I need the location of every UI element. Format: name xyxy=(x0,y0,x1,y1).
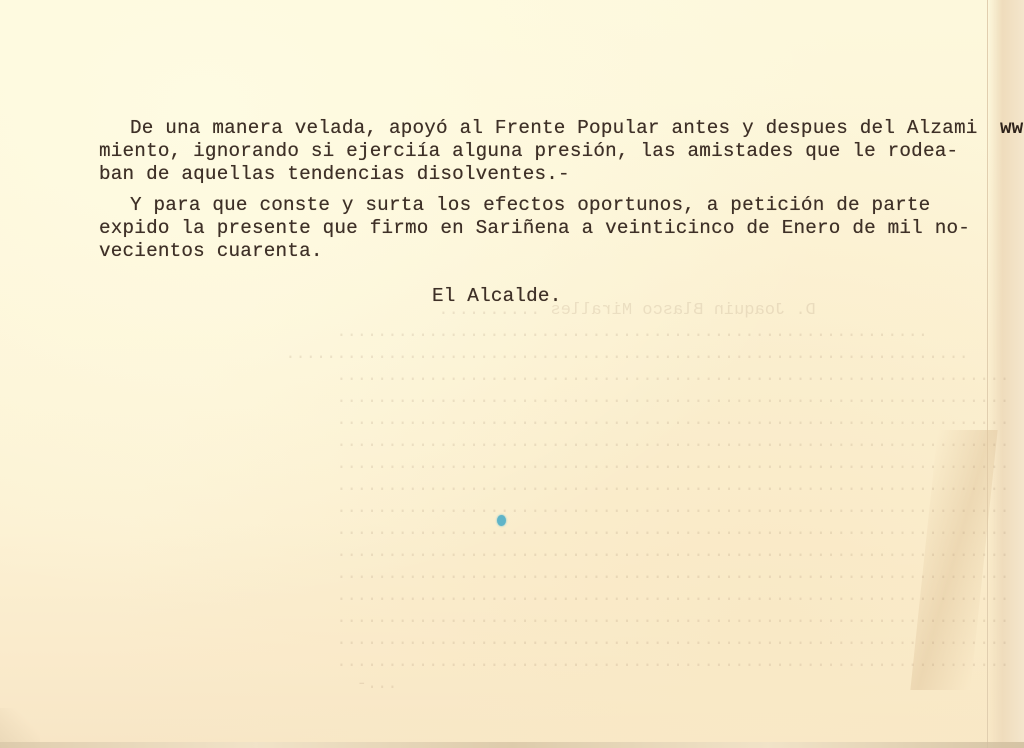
right-paper-fold xyxy=(987,0,1024,748)
paper-bottom-edge xyxy=(0,742,1024,748)
reverse-side-bleed-through: D. Joaquin Blasco Miralles .......... ..… xyxy=(30,300,1024,696)
blue-ink-spot xyxy=(497,515,506,526)
paragraph-2-line-3: vecientos cuarenta. xyxy=(99,240,323,262)
paragraph-2-line-1: Y para que conste y surta los efectos op… xyxy=(130,194,930,216)
paragraph-1-line-2: miento, ignorando si ejerciía alguna pre… xyxy=(99,140,958,162)
document-page: D. Joaquin Blasco Miralles .......... ..… xyxy=(0,0,1024,748)
paragraph-1-line-1: De una manera velada, apoyó al Frente Po… xyxy=(130,117,978,139)
typing-overstrike-mark: ww xyxy=(1000,117,1023,139)
paragraph-2-line-2: expido la presente que firmo en Sariñena… xyxy=(99,217,970,239)
paragraph-1-line-3: ban de aquellas tendencias disolventes.- xyxy=(99,163,570,185)
paper-crease xyxy=(910,430,997,690)
signature-line: El Alcalde. xyxy=(432,285,561,307)
